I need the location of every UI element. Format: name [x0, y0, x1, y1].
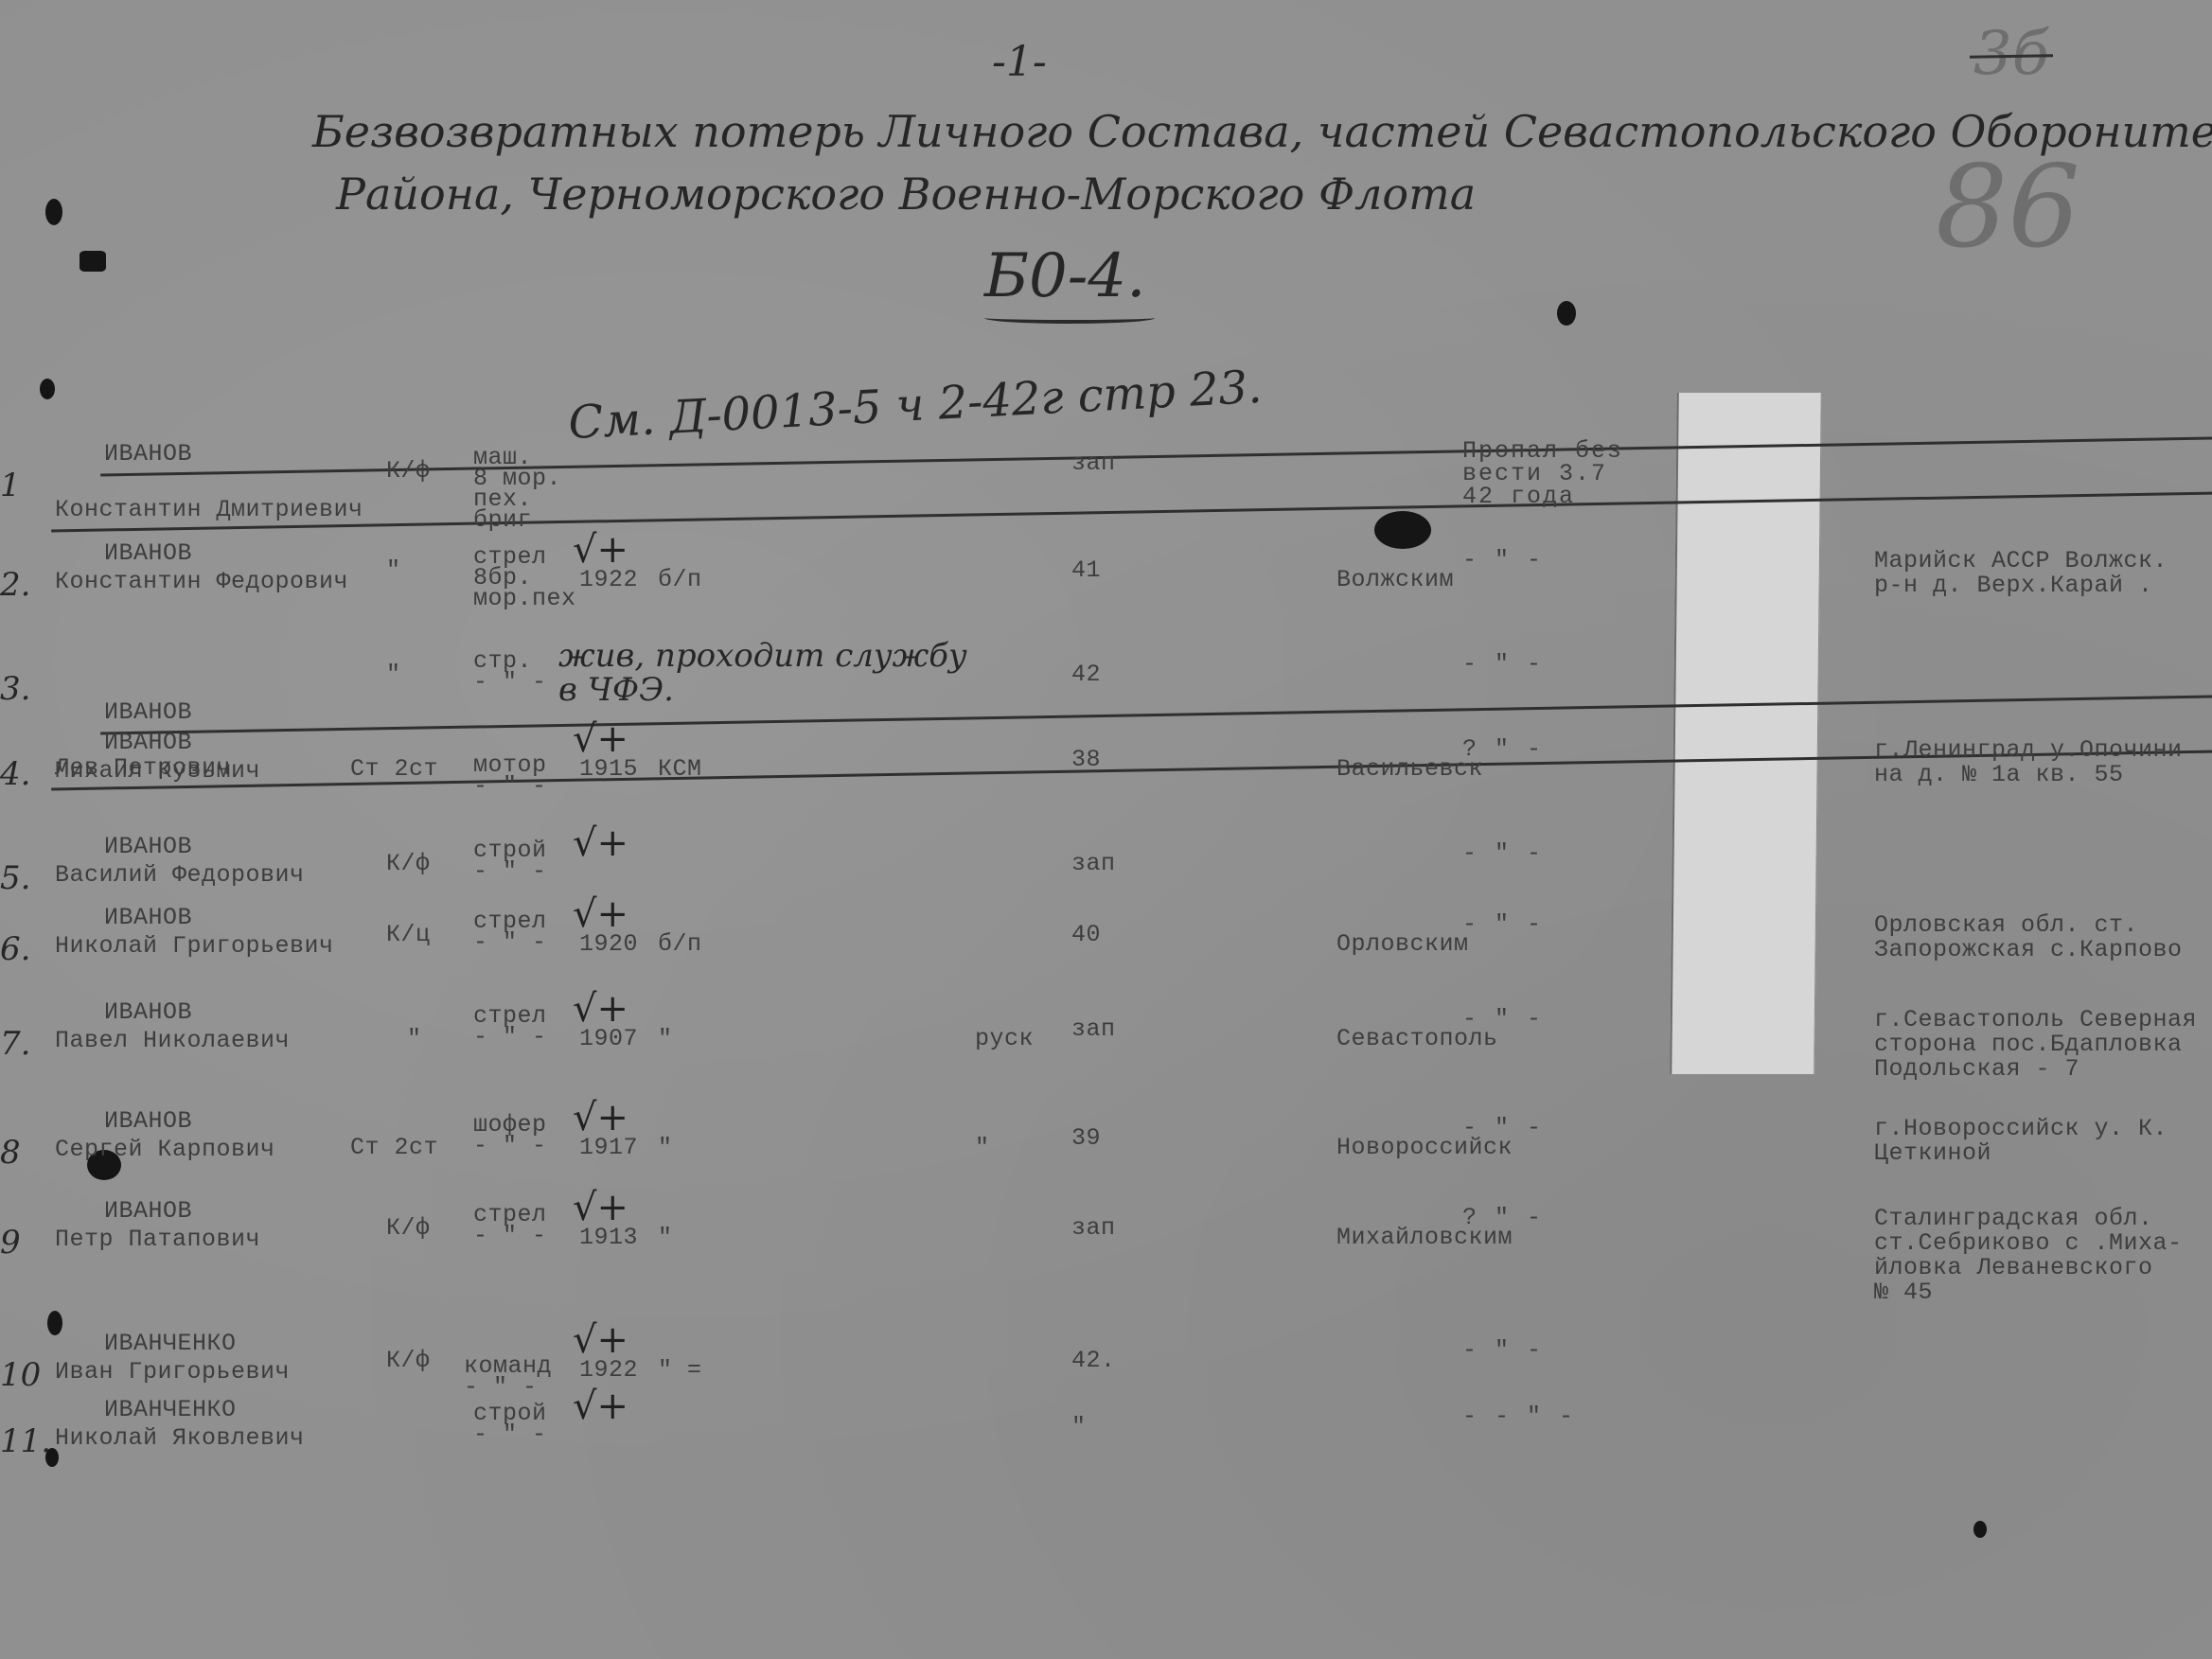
list-code: Б0-4.	[984, 241, 1145, 311]
surname: ИВАНОВ	[104, 998, 192, 1026]
archive-page-number: 86	[1936, 142, 2080, 274]
status: ? " -	[1462, 1207, 1543, 1229]
position: мотор- " -	[473, 755, 547, 797]
title-line-1: Безвозвратных потерь Личного Состава, ча…	[312, 106, 2212, 157]
call-up: 40	[1071, 921, 1101, 948]
surname: ИВАНОВ	[104, 833, 192, 860]
address: Сталинградская обл.ст.Себриково с .Миха-…	[1874, 1207, 2183, 1305]
birth-year: 1920	[579, 930, 638, 958]
ink-blot	[1557, 301, 1576, 326]
punch-hole	[40, 379, 55, 399]
status: - " -	[1462, 549, 1543, 572]
surname: ИВАНОВ	[104, 729, 192, 756]
party: б/п	[658, 930, 702, 958]
title-line-2: Района, Черноморского Военно-Морского Фл…	[336, 168, 1476, 220]
birth-year: 1913	[579, 1224, 638, 1251]
given-names: Константин Федорович	[55, 568, 348, 595]
surname: ИВАНОВ	[104, 1197, 192, 1225]
given-names: Николай Григорьевич	[55, 932, 334, 960]
surname: ИВАНОВ	[104, 1107, 192, 1135]
address: г.Севастополь Севернаясторона пос.Бдапло…	[1874, 1008, 2197, 1082]
row-number: 1	[0, 467, 21, 504]
rank: К/ф	[386, 457, 431, 485]
birth-year: 1907	[579, 1025, 638, 1052]
birth-year: 1917	[579, 1134, 638, 1161]
check-mark: √+	[573, 1385, 628, 1428]
position: стрел8бр.мор.пех	[473, 547, 576, 609]
row-number: 11.	[0, 1422, 51, 1460]
surname: ИВАНЧЕНКО	[104, 1330, 237, 1357]
row-number: 7.	[0, 1025, 30, 1063]
call-up: "	[1071, 1413, 1087, 1440]
row-number: 8	[0, 1134, 21, 1172]
rank: К/ф	[386, 850, 431, 877]
party: КСМ	[658, 755, 702, 783]
party: "	[658, 1134, 673, 1161]
row-number: 5.	[0, 859, 30, 897]
paper-strip	[1670, 393, 1822, 1074]
archive-page-struck: 3б	[1973, 19, 2049, 89]
list-code-underline	[984, 312, 1155, 324]
position: строй- " -	[473, 1403, 547, 1445]
row-number: 6.	[0, 930, 30, 968]
call-up: зап	[1071, 450, 1116, 477]
page-marker: -1-	[992, 38, 1047, 86]
given-names: Павел Николаевич	[55, 1027, 290, 1054]
punch-hole	[80, 251, 106, 272]
given-names: Николай Яковлевич	[55, 1424, 305, 1452]
given-names: Петр Патапович	[55, 1226, 260, 1253]
birthplace: Волжским	[1336, 566, 1454, 593]
given-names: Константин Дмитриевич	[55, 496, 2212, 523]
handwritten-note: жив, проходит службув ЧФЭ.	[558, 639, 967, 707]
address: г.Новороссийск у. К.Цеткиной	[1874, 1117, 2168, 1166]
status: - " -	[1462, 1008, 1543, 1031]
surname: ИВАНЧЕНКО	[104, 1396, 237, 1423]
call-up: 41	[1071, 556, 1101, 584]
row-number: 3.	[0, 670, 30, 708]
birthplace: Васильевск	[1336, 755, 1483, 783]
call-up: 42	[1071, 661, 1101, 688]
rank: К/ф	[386, 1347, 431, 1374]
status: - " -	[1462, 842, 1543, 865]
rank: "	[386, 661, 401, 688]
position: шофер- " -	[473, 1115, 547, 1156]
ink-blot	[1973, 1521, 1987, 1538]
birth-year: 1915	[579, 755, 638, 783]
rank: Ст 2ст	[350, 755, 438, 783]
call-up: зап	[1071, 850, 1116, 877]
status: - " -	[1462, 653, 1543, 676]
position: маш.8 мор.пех.бриг	[473, 448, 561, 531]
call-up: зап	[1071, 1214, 1116, 1242]
position: стрел- " -	[473, 1205, 547, 1246]
rank: "	[407, 1025, 422, 1052]
row-number: 2.	[0, 566, 30, 604]
party: "	[658, 1025, 673, 1052]
surname: ИВАНОВ	[104, 539, 192, 567]
call-up: 39	[1071, 1124, 1101, 1152]
row-number: 10	[0, 1356, 41, 1394]
row-number: 9	[0, 1224, 21, 1262]
position: стрел- " -	[473, 1006, 547, 1048]
address: Марийск АССР Волжск.р-н д. Верх.Карай .	[1874, 549, 2168, 598]
call-up: 42.	[1071, 1347, 1116, 1374]
status: - " -	[1462, 1339, 1543, 1362]
call-up: зап	[1071, 1015, 1116, 1043]
rank: К/ф	[386, 1214, 431, 1242]
status: Пропал безвести 3.742 года	[1462, 440, 1623, 508]
birthplace: Орловским	[1336, 930, 1469, 958]
punch-hole	[47, 1311, 62, 1335]
check-mark: √+	[573, 821, 628, 865]
call-up: 38	[1071, 746, 1101, 773]
position: стрел- " -	[473, 911, 547, 953]
party: б/п	[658, 566, 702, 593]
nationality: руск	[975, 1025, 1034, 1052]
rank: Ст 2ст	[350, 1134, 438, 1161]
given-names: Василий Федорович	[55, 861, 305, 889]
nationality: "	[975, 1134, 990, 1161]
status: - - " -	[1462, 1405, 1575, 1428]
rank: К/ц	[386, 921, 431, 948]
birth-year: 1922	[579, 566, 638, 593]
given-names: Михаил Кузьмич	[55, 757, 260, 785]
party: " =	[658, 1356, 702, 1384]
position: стр.- " -	[473, 651, 547, 693]
given-names: Сергей Карпович	[55, 1136, 275, 1163]
position: команд- " -	[464, 1356, 552, 1398]
punch-hole	[45, 199, 62, 225]
status: - " -	[1462, 913, 1543, 936]
status: ? " -	[1462, 738, 1543, 761]
status: - " -	[1462, 1117, 1543, 1139]
party: "	[658, 1224, 673, 1251]
address: г.Ленинград у.Опочинина д. № 1а кв. 55	[1874, 738, 2183, 787]
row-number: 4.	[0, 755, 30, 793]
birth-year: 1922	[579, 1356, 638, 1384]
position: строй- " -	[473, 840, 547, 882]
surname: ИВАНОВ	[104, 904, 192, 931]
address: Орловская обл. ст.Запорожская с.Карпово	[1874, 913, 2183, 962]
surname: ИВАНОВ	[104, 698, 2212, 726]
given-names: Иван Григорьевич	[55, 1358, 290, 1385]
rank: "	[386, 556, 401, 584]
